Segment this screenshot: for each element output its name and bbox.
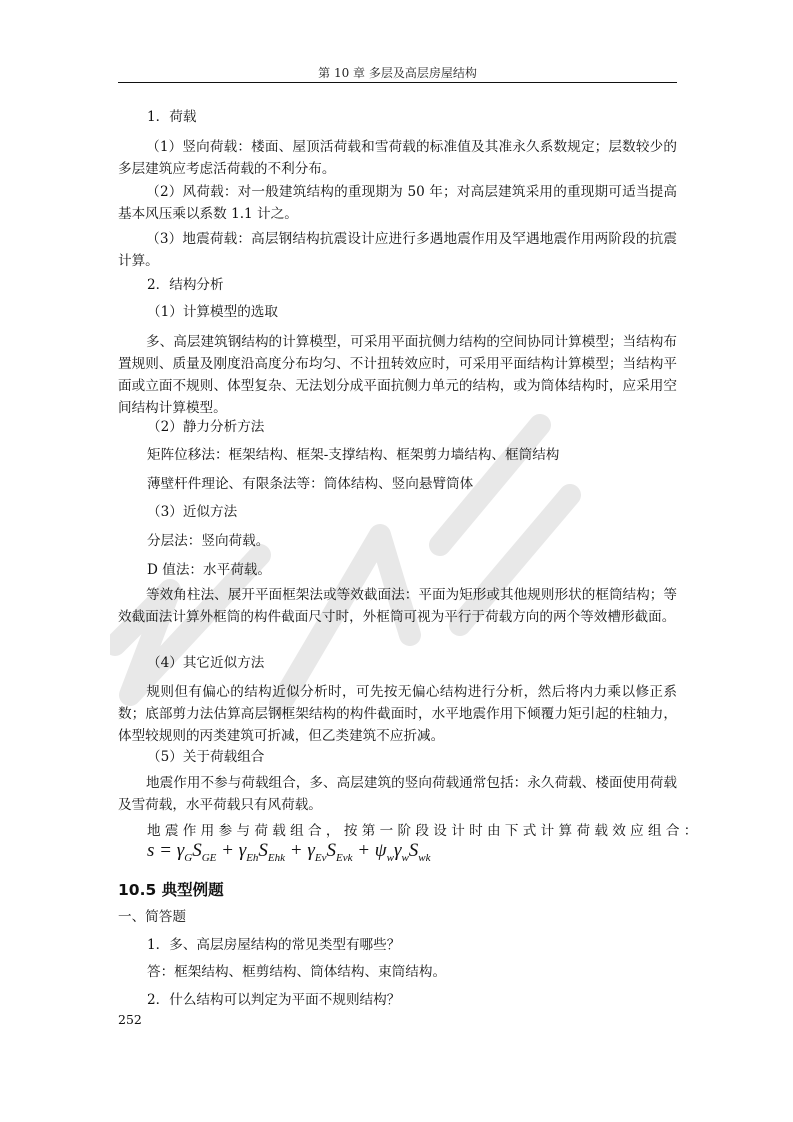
header-rule <box>118 82 677 83</box>
running-header: 第 10 章 多层及高层房屋结构 <box>118 64 677 81</box>
formula-equals: = <box>154 840 176 861</box>
question-1: 1．多、高层房屋结构的常见类型有哪些？ <box>147 934 400 956</box>
formula-sub: wk <box>418 852 430 864</box>
formula-sub: Ev <box>315 852 327 864</box>
section-title: 10.5 典型例题 <box>118 878 224 900</box>
subheading-approximate-methods: （3）近似方法 <box>147 501 237 523</box>
subheading-load-combination: （5）关于荷载组合 <box>147 746 264 768</box>
heading-structural-analysis: 2．结构分析 <box>147 274 224 296</box>
heading-loads: 1．荷载 <box>147 106 196 128</box>
formula-plus: + <box>216 840 238 861</box>
formula-sub: Ehk <box>268 852 285 864</box>
paragraph-load-combination: 地震作用不参与荷载组合，多、高层建筑的竖向荷载通常包括：永久荷载、楼面使用荷载及… <box>118 772 677 816</box>
formula-sub: GE <box>202 852 217 864</box>
approx-line-1: 分层法：竖向荷载。 <box>147 530 269 552</box>
paragraph-text: 地震作用不参与荷载组合，多、高层建筑的竖向荷载通常包括：永久荷载、楼面使用荷载及… <box>118 775 677 813</box>
formula-s: S <box>192 840 202 861</box>
formula-sub: Evk <box>336 852 352 864</box>
part-heading-short-answer: 一、简答题 <box>118 906 186 928</box>
paragraph-text: 多、高层建筑钢结构的计算模型，可采用平面抗侧力结构的空间协同计算模型；当结构布置… <box>118 334 677 416</box>
formula-sub: w <box>401 852 408 864</box>
formula-s: S <box>326 840 336 861</box>
formula-sub: Eh <box>246 852 258 864</box>
formula-plus: + <box>285 840 307 861</box>
subheading-static-analysis: （2）静力分析方法 <box>147 416 264 438</box>
formula-intro: 地震作用参与荷载组合，按第一阶段设计时由下式计算荷载效应组合： <box>147 820 702 842</box>
formula-s: S <box>409 840 419 861</box>
formula-sub: w <box>387 852 394 864</box>
static-method-line-2: 薄壁杆件理论、有限条法等：筒体结构、竖向悬臂筒体 <box>147 473 473 495</box>
question-2: 2．什么结构可以判定为平面不规则结构？ <box>147 989 400 1011</box>
subheading-other-methods: （4）其它近似方法 <box>147 652 264 674</box>
paragraph-text: 规则但有偏心的结构近似分析时，可先按无偏心结构进行分析，然后将内力乘以修正系数；… <box>118 684 677 744</box>
paragraph-vertical-load: （1）竖向荷载：楼面、屋顶活荷载和雪荷载的标准值及其准永久系数规定；层数较少的多… <box>118 136 677 180</box>
paragraph-text: （2）风荷载：对一般建筑结构的重现期为 50 年；对高层建筑采用的重现期可适当提… <box>118 184 677 222</box>
paragraph-model: 多、高层建筑钢结构的计算模型，可采用平面抗侧力结构的空间协同计算模型；当结构布置… <box>118 331 677 419</box>
subheading-model-selection: （1）计算模型的选取 <box>147 301 278 323</box>
static-method-line-1: 矩阵位移法：框架结构、框架-支撑结构、框架剪力墙结构、框筒结构 <box>147 444 559 466</box>
formula-s: S <box>258 840 268 861</box>
formula-psi: ψ <box>375 840 387 861</box>
approx-line-2: D 值法：水平荷载。 <box>147 559 271 581</box>
load-combination-formula: s = γGSGE + γEhSEhk + γEvSEvk + ψwγwSwk <box>147 840 431 864</box>
formula-plus: + <box>352 840 374 861</box>
paragraph-wind-load: （2）风荷载：对一般建筑结构的重现期为 50 年；对高层建筑采用的重现期可适当提… <box>118 181 677 225</box>
paragraph-other-methods: 规则但有偏心的结构近似分析时，可先按无偏心结构进行分析，然后将内力乘以修正系数；… <box>118 681 677 747</box>
page-number: 252 <box>118 1012 142 1027</box>
answer-1: 答：框架结构、框剪结构、筒体结构、束筒结构。 <box>147 961 446 983</box>
paragraph-text: （3）地震荷载：高层钢结构抗震设计应进行多遇地震作用及罕遇地震作用两阶段的抗震计… <box>118 231 677 269</box>
paragraph-seismic-load: （3）地震荷载：高层钢结构抗震设计应进行多遇地震作用及罕遇地震作用两阶段的抗震计… <box>118 228 677 272</box>
paragraph-equivalent-methods: 等效角柱法、展开平面框架法或等效截面法：平面为矩形或其他规则形状的框筒结构；等效… <box>118 584 677 628</box>
formula-gamma: γ <box>307 840 315 861</box>
formula-sub: G <box>184 852 192 864</box>
paragraph-text: （1）竖向荷载：楼面、屋顶活荷载和雪荷载的标准值及其准永久系数规定；层数较少的多… <box>118 139 677 177</box>
paragraph-text: 等效角柱法、展开平面框架法或等效截面法：平面为矩形或其他规则形状的框筒结构；等效… <box>118 587 677 625</box>
